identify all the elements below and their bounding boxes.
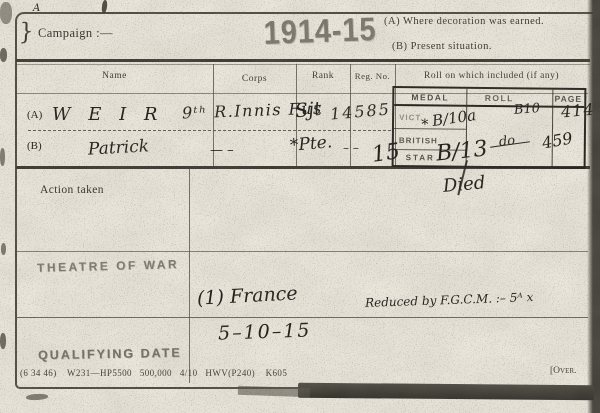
- bottom-shadow-tail: [238, 386, 310, 398]
- row-b-name: Patrick: [88, 136, 150, 159]
- section-divider-1: [16, 251, 588, 252]
- star-roll-value: B/13: [435, 136, 489, 166]
- victory-roll-correction: B10: [514, 101, 541, 118]
- top-left-blot: [0, 2, 12, 24]
- year-stamp: 1914-15: [263, 10, 377, 52]
- row-divider-dashed: [28, 130, 391, 131]
- table-header-reg-no: Reg. No.: [350, 71, 395, 81]
- bottom-shadow: [298, 383, 594, 401]
- medal-index-card-scan: A } Campaign :— 1914-15 (A) Where decora…: [0, 0, 600, 413]
- campaign-label: Campaign :—: [38, 26, 113, 41]
- corner-pen-mark: A: [33, 3, 40, 14]
- left-edge-blot-1: [0, 48, 7, 62]
- table-top-rule-echo: [16, 64, 590, 65]
- over-note: [Over.: [550, 366, 576, 376]
- left-edge-blot-4: [0, 333, 6, 349]
- row-b-reg-ditto: – –: [343, 141, 359, 155]
- table-top-rule: [16, 59, 590, 62]
- table-header-rank: Rank: [296, 71, 350, 81]
- action-taken-label: Action taken: [40, 184, 104, 196]
- row-a-label: (A): [27, 109, 42, 121]
- medal-box-col-medal: MEDAL: [394, 92, 466, 103]
- qualifying-date-entry: 5–10–15: [218, 319, 312, 344]
- row-b-rank: *Pte.: [289, 132, 333, 156]
- row-a-name: W E I R: [52, 104, 163, 125]
- row-a-rank: Sjt: [294, 98, 323, 123]
- star-prefix-handwritten: 15: [370, 139, 401, 168]
- table-header-roll: Roll on which included (if any): [395, 71, 588, 81]
- medal-row-star-label: STAR: [406, 153, 435, 162]
- table-header-name: Name: [16, 71, 213, 81]
- action-column-divider: [189, 169, 190, 383]
- victory-roll-mark: ∗: [420, 114, 430, 130]
- bottom-left-mark: [26, 393, 48, 400]
- table-header-corps: Corps: [213, 74, 296, 84]
- victory-page-value: 414: [560, 100, 595, 122]
- medal-row-british-label: BRITISH: [399, 136, 438, 145]
- medal-row-rule-1: [394, 128, 466, 130]
- section-divider-2: [16, 317, 588, 318]
- footer-print-code: (6 34 46) W231—HP5500 500,000 4/10 HWV(P…: [20, 368, 287, 378]
- medal-box-header-rule: [394, 104, 584, 108]
- decoration-note-b: (B) Present situation.: [392, 41, 492, 52]
- died-annotation: Died: [442, 172, 486, 197]
- left-edge-blot-2: [0, 148, 5, 166]
- row-b-label: (B): [27, 140, 42, 152]
- left-edge-blot-3: [1, 243, 6, 255]
- qualifying-date-stamp: QUALIFYING DATE: [38, 346, 182, 363]
- row-b-corps-ditto: — –: [210, 143, 234, 158]
- decoration-note-a: (A) Where decoration was earned.: [384, 16, 544, 27]
- british-roll-ditto: do: [498, 133, 516, 150]
